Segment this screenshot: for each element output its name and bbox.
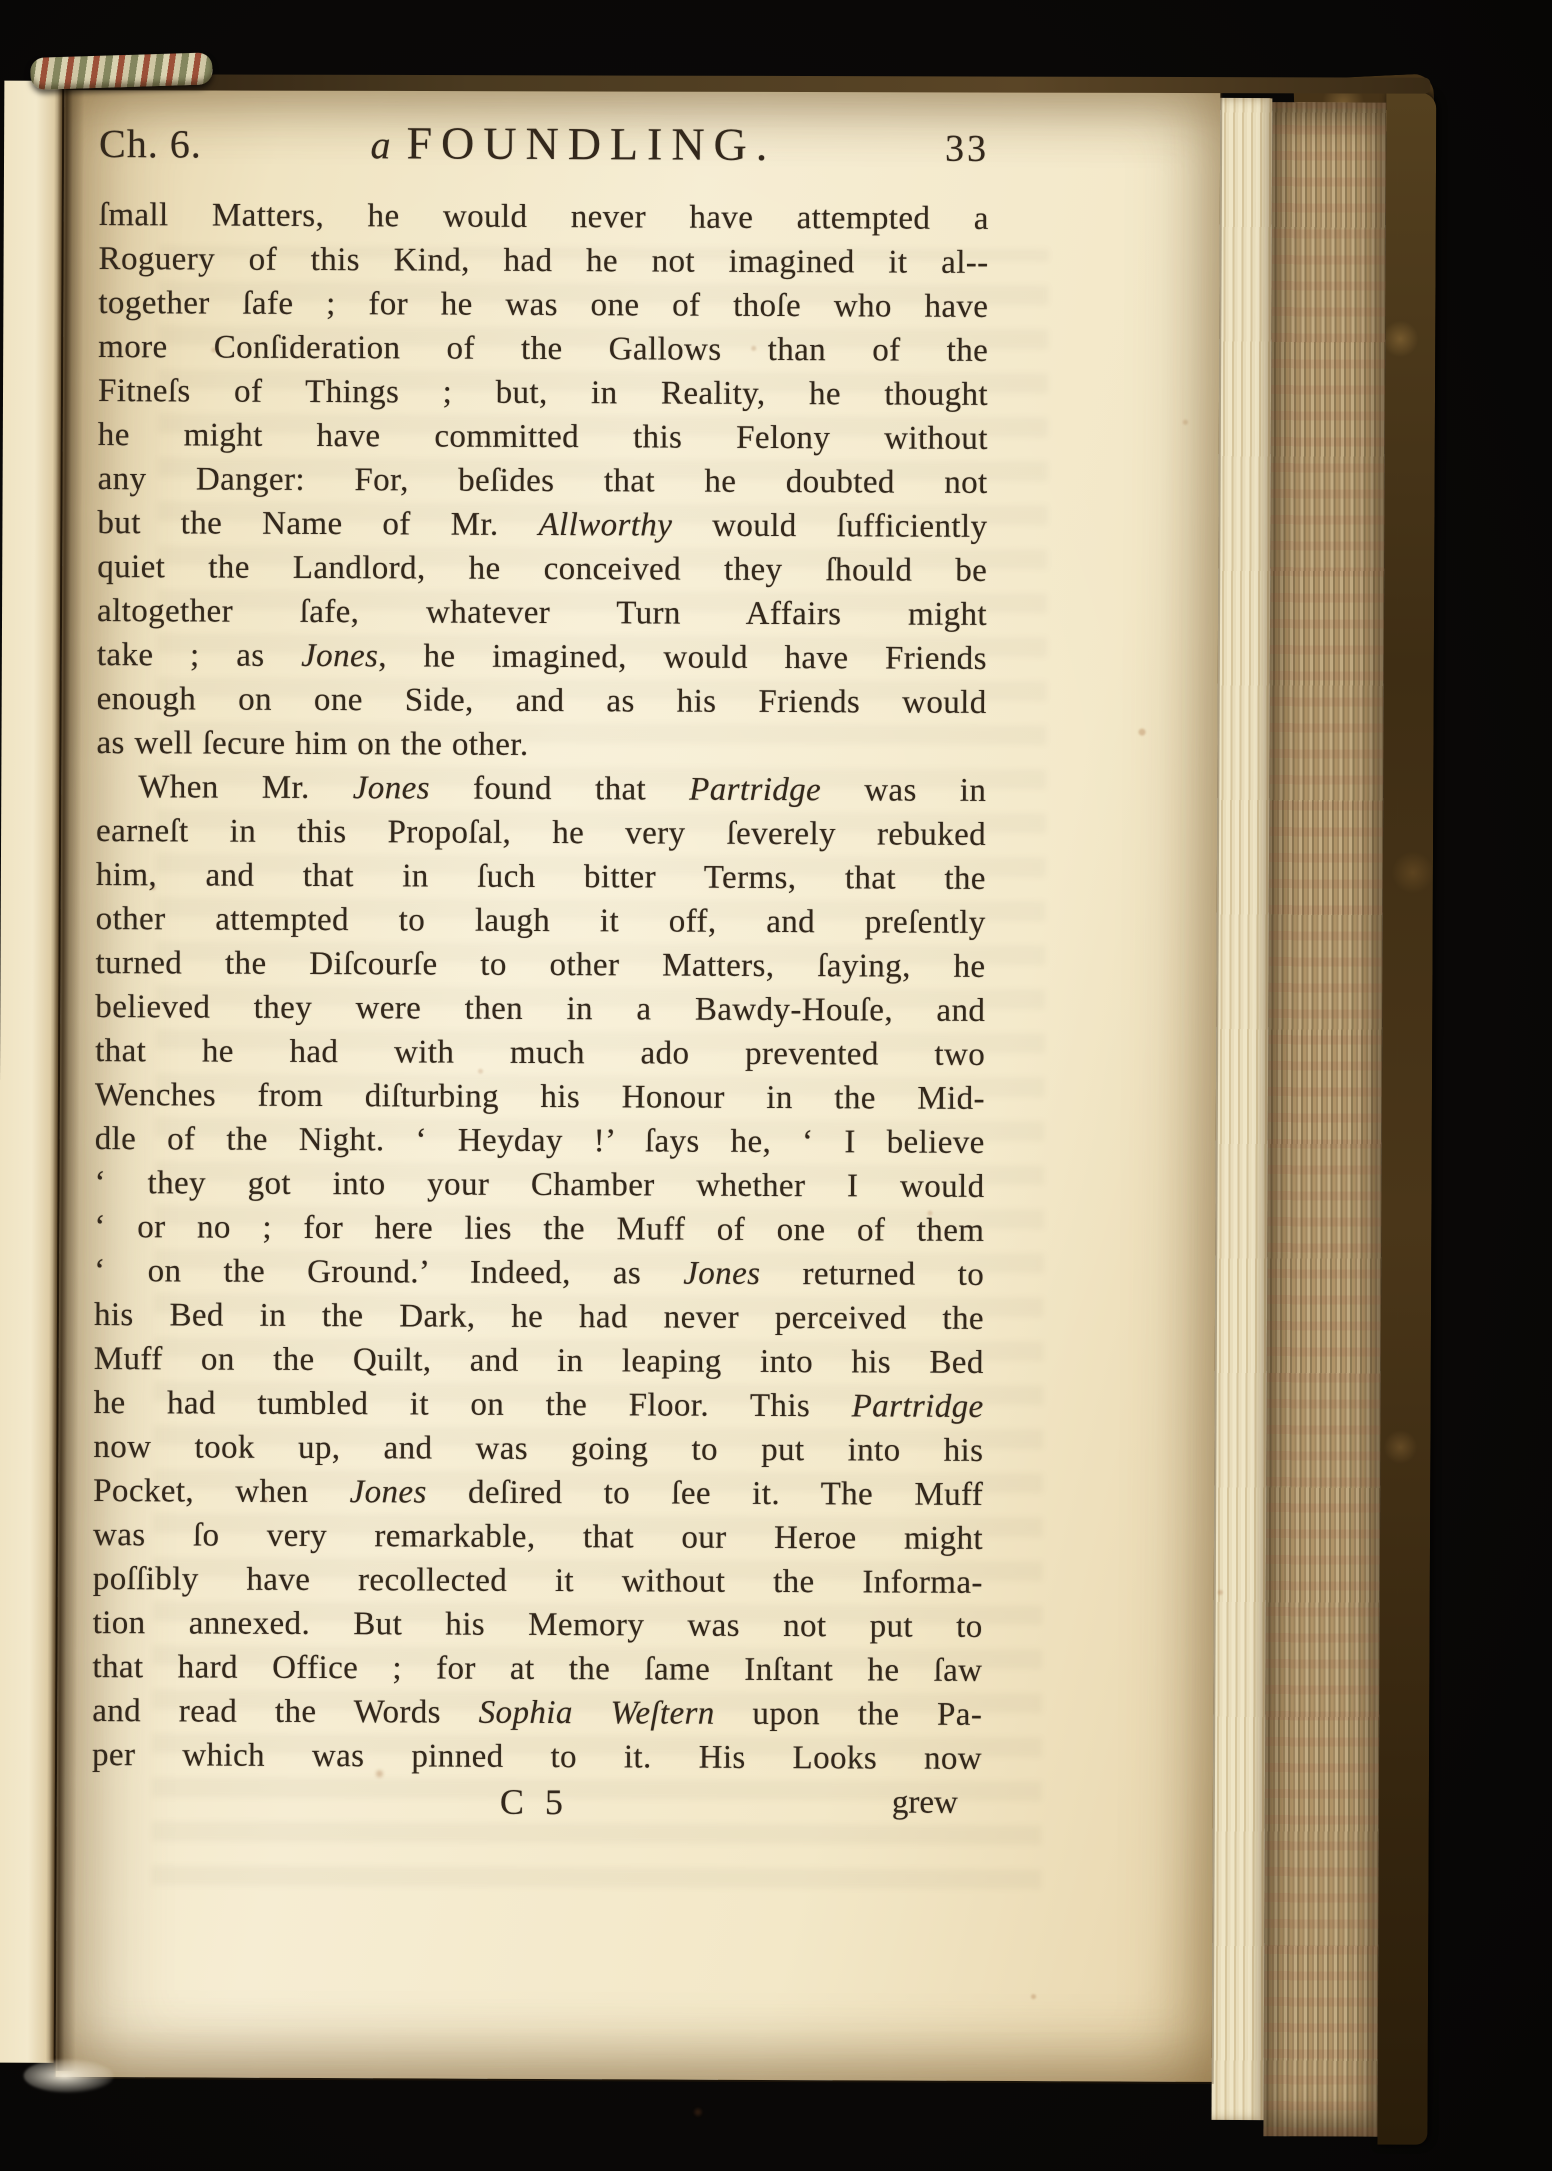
text-run: he had tumbled it on the Floor. This xyxy=(94,1385,852,1424)
text-line: tion annexed. But his Memory was not put… xyxy=(93,1601,983,1649)
text-run: believed they were then in a Bawdy-Houſe… xyxy=(95,989,985,1029)
text-line: and read the Words Sophia Weſtern upon t… xyxy=(92,1689,982,1737)
printed-text-block: Ch. 6. aFOUNDLING. 33 ſmall Matters, he … xyxy=(92,115,989,1829)
text-run: Jones xyxy=(350,1474,427,1510)
fore-edge-pages xyxy=(1263,102,1386,2136)
text-run: was ſo very remarkable, that our Heroe m… xyxy=(93,1517,983,1557)
text-line: now took up, and was going to put into h… xyxy=(93,1425,983,1473)
text-line: that he had with much ado prevented two xyxy=(95,1029,985,1077)
text-run: found that xyxy=(430,770,689,807)
text-line: earneſt in this Propoſal, he very ſevere… xyxy=(96,809,986,857)
text-run: quiet the Landlord, he conceived they ſh… xyxy=(97,549,987,589)
text-line: as well ſecure him on the other. xyxy=(96,721,986,769)
text-line: ‘ they got into your Chamber whether I w… xyxy=(94,1161,984,1209)
text-run: upon the Pa- xyxy=(715,1696,983,1733)
text-run: Sophia Weſtern xyxy=(479,1695,715,1732)
text-run: Partridge xyxy=(689,772,821,809)
page-stack-edge xyxy=(1211,98,1272,2120)
text-run: returned to xyxy=(760,1256,984,1293)
text-line: altogether ſafe, whatever Turn Affairs m… xyxy=(97,589,987,637)
text-run: dle of the Night. ‘ Heyday !’ ſays he, ‘… xyxy=(95,1121,985,1161)
photo-backdrop: Ch. 6. aFOUNDLING. 33 ſmall Matters, he … xyxy=(0,0,1552,2171)
text-line: dle of the Night. ‘ Heyday !’ ſays he, ‘… xyxy=(95,1117,985,1165)
text-line: ‘ or no ; for here lies the Muff of one … xyxy=(94,1205,984,1253)
text-line: his Bed in the Dark, he had never percei… xyxy=(94,1293,984,1341)
text-run: was in xyxy=(821,772,986,809)
text-run: Wenches from diſturbing his Honour in th… xyxy=(95,1077,985,1117)
running-title-article: a xyxy=(370,122,390,167)
body-text: ſmall Matters, he would never have attem… xyxy=(92,193,989,1781)
text-line: per which was pinned to it. His Looks no… xyxy=(92,1733,982,1781)
text-run: turned the Diſcourſe to other Matters, ſ… xyxy=(95,945,985,985)
text-line: Roguery of this Kind, had he not imagine… xyxy=(99,237,989,285)
text-line: Fitneſs of Things ; but, in Reality, he … xyxy=(98,369,988,417)
text-line: was ſo very remarkable, that our Heroe m… xyxy=(93,1513,983,1561)
text-run: now took up, and was going to put into h… xyxy=(93,1429,983,1469)
running-title: aFOUNDLING. xyxy=(370,116,776,171)
text-run: earneſt in this Propoſal, he very ſevere… xyxy=(96,813,986,853)
text-run: he might have committed this Felony with… xyxy=(98,417,988,457)
text-run: enough on one Side, and as his Friends w… xyxy=(97,681,987,721)
text-run: take ; as xyxy=(97,637,301,674)
text-line: turned the Diſcourſe to other Matters, ſ… xyxy=(95,941,985,989)
text-line: enough on one Side, and as his Friends w… xyxy=(97,677,987,725)
text-run: Fitneſs of Things ; but, in Reality, he … xyxy=(98,373,988,413)
text-line: ſmall Matters, he would never have attem… xyxy=(99,193,989,241)
text-run: Allworthy xyxy=(538,507,672,544)
running-title-main: FOUNDLING. xyxy=(406,117,776,170)
text-run: together ſafe ; for he was one of thoſe … xyxy=(98,285,988,325)
text-line: Pocket, when Jones deſired to ſee it. Th… xyxy=(93,1469,983,1517)
page-number: 33 xyxy=(945,127,989,171)
text-line: but the Name of Mr. Allworthy would ſuff… xyxy=(97,501,987,549)
text-line: When Mr. Jones found that Partridge was … xyxy=(96,765,986,813)
text-run: Pocket, when xyxy=(93,1473,350,1510)
text-run: Jones xyxy=(301,638,378,674)
text-line: that hard Office ; for at the ſame Inſta… xyxy=(92,1645,982,1693)
text-run: would ſufficiently xyxy=(672,508,987,545)
text-line: Wenches from diſturbing his Honour in th… xyxy=(95,1073,985,1121)
text-run: that hard Office ; for at the ſame Inſta… xyxy=(92,1649,982,1689)
text-run: his Bed in the Dark, he had never percei… xyxy=(94,1297,984,1337)
text-run: per which was pinned to it. His Looks no… xyxy=(92,1737,982,1777)
text-line: poſſibly have recollected it without the… xyxy=(93,1557,983,1605)
text-run: ‘ on the Ground.’ Indeed, as xyxy=(94,1253,683,1292)
text-line: him, and that in ſuch bitter Terms, that… xyxy=(96,853,986,901)
bottom-tuft xyxy=(24,2059,114,2093)
text-run: Roguery of this Kind, had he not imagine… xyxy=(99,241,989,281)
text-line: take ; as Jones, he imagined, would have… xyxy=(97,633,987,681)
text-run: Partridge xyxy=(852,1388,984,1425)
text-run: that he had with much ado prevented two xyxy=(95,1033,985,1073)
text-line: any Danger: For, beſides that he doubted… xyxy=(98,457,988,505)
text-line: together ſafe ; for he was one of thoſe … xyxy=(98,281,988,329)
text-line: he might have committed this Felony with… xyxy=(98,413,988,461)
text-run: but the Name of Mr. xyxy=(97,505,538,543)
text-run: ‘ they got into your Chamber whether I w… xyxy=(94,1165,984,1205)
text-run: tion annexed. But his Memory was not put… xyxy=(93,1605,983,1645)
book: Ch. 6. aFOUNDLING. 33 ſmall Matters, he … xyxy=(0,0,1552,2171)
text-run: , he imagined, would have Friends xyxy=(378,638,987,677)
catchword: grew xyxy=(892,1785,958,1822)
text-line: believed they were then in a Bawdy-Houſe… xyxy=(95,985,985,1033)
signature-mark: C 5 xyxy=(500,1781,569,1823)
footer-line: C 5 grew xyxy=(92,1779,982,1829)
text-line: he had tumbled it on the Floor. This Par… xyxy=(94,1381,984,1429)
text-line: quiet the Landlord, he conceived they ſh… xyxy=(97,545,987,593)
text-line: ‘ on the Ground.’ Indeed, as Jones retur… xyxy=(94,1249,984,1297)
text-line: more Conſideration of the Gallows than o… xyxy=(98,325,988,373)
text-run: as well ſecure him on the other. xyxy=(96,725,528,763)
text-run: altogether ſafe, whatever Turn Affairs m… xyxy=(97,593,987,633)
chapter-label: Ch. 6. xyxy=(99,120,202,167)
text-run: Jones xyxy=(353,770,430,806)
text-run: ‘ or no ; for here lies the Muff of one … xyxy=(94,1209,984,1249)
text-run: deſired to ſee it. The Muff xyxy=(427,1474,984,1512)
text-run: Jones xyxy=(683,1256,760,1292)
text-run: any Danger: For, beſides that he doubted… xyxy=(98,461,988,501)
text-run: and read the Words xyxy=(92,1693,479,1731)
text-line: Muff on the Quilt, and in leaping into h… xyxy=(94,1337,984,1385)
text-run: ſmall Matters, he would never have attem… xyxy=(99,197,989,237)
leather-cover-edge xyxy=(1377,93,1436,2145)
text-run: When Mr. xyxy=(138,769,353,806)
running-header: Ch. 6. aFOUNDLING. 33 xyxy=(99,115,989,183)
text-run: poſſibly have recollected it without the… xyxy=(93,1561,983,1601)
endband xyxy=(30,52,213,90)
text-run: Muff on the Quilt, and in leaping into h… xyxy=(94,1341,984,1381)
text-line: other attempted to laugh it off, and pre… xyxy=(96,897,986,945)
text-run: other attempted to laugh it off, and pre… xyxy=(96,901,986,941)
text-run: more Conſideration of the Gallows than o… xyxy=(98,329,988,369)
text-run: him, and that in ſuch bitter Terms, that… xyxy=(96,857,986,897)
